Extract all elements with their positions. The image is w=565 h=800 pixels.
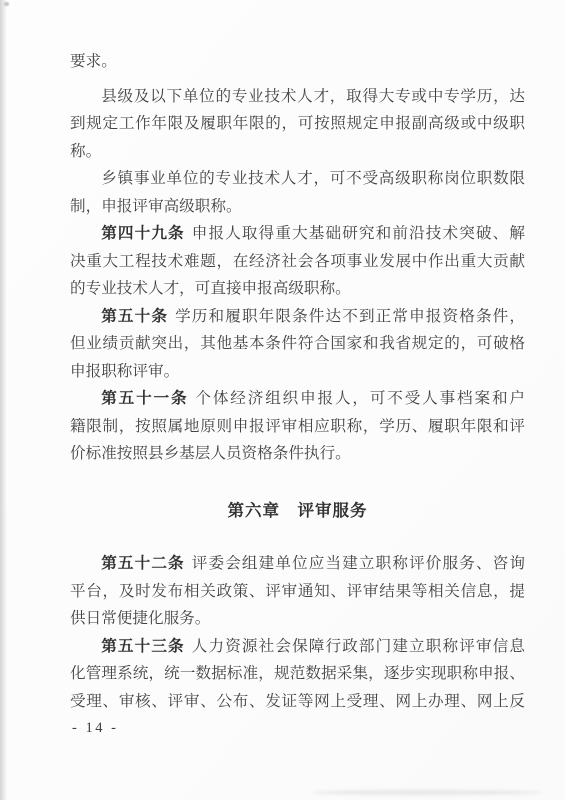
article-number-label: 第四十九条: [101, 225, 185, 242]
scan-edge-shadow: [0, 0, 7, 800]
document-body: 要求。 县级及以下单位的专业技术人才，取得大专或中专学历，达 到规定工作年限及履…: [70, 48, 525, 715]
article-text: 个体经济组织申报人，可不受人事档案和户: [195, 390, 525, 407]
chapter-heading: 第六章 评审服务: [70, 498, 525, 526]
text-line: 第五十二条评委会组建单位应当建立职称评价服务、咨询: [70, 550, 525, 578]
text-line: 籍限制，按照属地原则申报评审相应职称，学历、履职年限和评: [70, 413, 525, 441]
text-line: 价标准按照县乡基层人员资格条件执行。: [70, 440, 525, 468]
text-line: 受理、审核、评审、公布、发证等网上受理、网上办理、网上反: [70, 688, 525, 716]
article-number-label: 第五十三条: [101, 638, 185, 655]
text-line: 供日常便捷化服务。: [70, 605, 525, 633]
text-line: 制，申报评审高级职称。: [70, 193, 525, 221]
text-line: 第五十一条个体经济组织申报人，可不受人事档案和户: [70, 385, 525, 413]
article-number-label: 第五十一条: [101, 390, 188, 407]
text-line: 第四十九条申报人取得重大基础研究和前沿技术突破、解: [70, 220, 525, 248]
article-text: 申报人取得重大基础研究和前沿技术突破、解: [192, 225, 525, 242]
article-text: 人力资源社会保障行政部门建立职称评审信息: [192, 638, 525, 655]
text-line: 要求。: [70, 48, 525, 76]
text-line: 称。: [70, 138, 525, 166]
text-line: 第五十三条人力资源社会保障行政部门建立职称评审信息: [70, 633, 525, 661]
text-line: 平台，及时发布相关政策、评审通知、评审结果等相关信息，提: [70, 578, 525, 606]
article-text: 评委会组建单位应当建立职称评价服务、咨询: [192, 555, 525, 572]
text-line: 的专业技术人才，可直接申报高级职称。: [70, 275, 525, 303]
article-number-label: 第五十二条: [101, 555, 185, 572]
article-number-label: 第五十条: [101, 308, 168, 325]
scan-speck: [4, 2, 9, 6]
text-line: 决重大工程技术难题，在经济社会各项事业发展中作出重大贡献: [70, 248, 525, 276]
scanned-page: 要求。 县级及以下单位的专业技术人才，取得大专或中专学历，达 到规定工作年限及履…: [0, 0, 565, 800]
text-line: 但业绩贡献突出，其他基本条件符合国家和我省规定的，可破格: [70, 330, 525, 358]
text-line: 申报职称评审。: [70, 358, 525, 386]
text-line: 到规定工作年限及履职年限的，可按照规定申报副高级或中级职: [70, 110, 525, 138]
text-line: 化管理系统，统一数据标准，规范数据采集，逐步实现职称申报、: [70, 660, 525, 688]
text-line: 第五十条学历和履职年限条件达不到正常申报资格条件，: [70, 303, 525, 331]
page-number: - 14 -: [72, 720, 118, 737]
scan-smudge: [312, 790, 542, 795]
text-line: 县级及以下单位的专业技术人才，取得大专或中专学历，达: [70, 83, 525, 111]
text-line: 乡镇事业单位的专业技术人才，可不受高级职称岗位职数限: [70, 165, 525, 193]
article-text: 学历和履职年限条件达不到正常申报资格条件，: [175, 308, 525, 325]
